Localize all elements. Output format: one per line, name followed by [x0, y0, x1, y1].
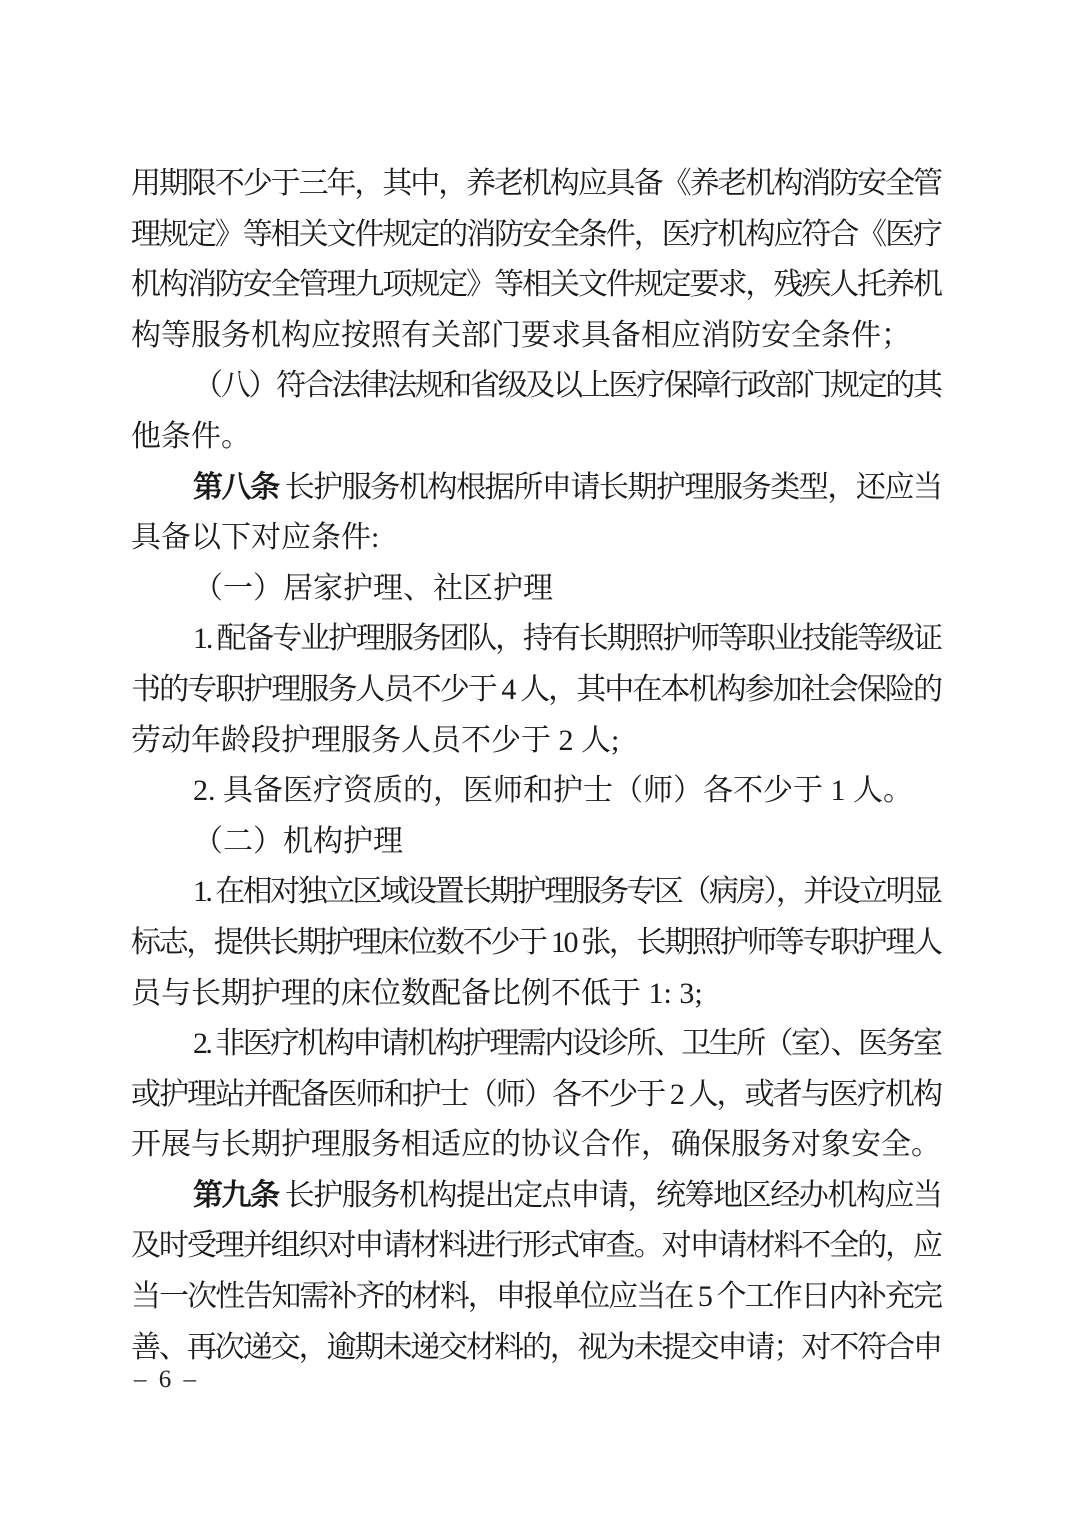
- text-line-content: （一）居家护理、社区护理: [193, 564, 553, 615]
- line-text: 员与长期护理的床位数配备比例不低于 1: 3;: [131, 977, 703, 1010]
- line-text: 理规定》等相关文件规定的消防安全条件，医疗机构应符合《医疗: [131, 218, 941, 251]
- text-line: 2. 具备医疗资质的，医师和护士（师）各不少于 1 人。: [131, 766, 943, 817]
- line-text: 标志，提供长期护理床位数不少于 10 张，长期照护师等专职护理人: [131, 926, 941, 959]
- text-line: 或护理站并配备医师和护士（师）各不少于 2 人，或者与医疗机构: [131, 1070, 943, 1121]
- text-line: 善、再次递交，逾期未递交材料的，视为未提交申请；对不符合申: [131, 1323, 943, 1374]
- text-line-content: 构等服务机构应按照有关部门要求具备相应消防安全条件；: [131, 311, 911, 362]
- text-line-content: 理规定》等相关文件规定的消防安全条件，医疗机构应符合《医疗: [131, 210, 941, 261]
- line-text: 构等服务机构应按照有关部门要求具备相应消防安全条件；: [131, 319, 911, 352]
- text-line: 1. 配备专业护理服务团队，持有长期照护师等职业技能等级证: [131, 614, 943, 665]
- text-line: 构等服务机构应按照有关部门要求具备相应消防安全条件；: [131, 311, 943, 362]
- text-line-content: 标志，提供长期护理床位数不少于 10 张，长期照护师等专职护理人: [131, 918, 941, 969]
- text-line-content: 劳动年龄段护理服务人员不少于 2 人;: [131, 716, 619, 767]
- text-line: （八）符合法律法规和省级及以上医疗保障行政部门规定的其: [131, 361, 943, 412]
- text-line: （一）居家护理、社区护理: [131, 564, 943, 615]
- text-line: 用期限不少于三年，其中，养老机构应具备《养老机构消防安全管: [131, 159, 943, 210]
- line-text: 开展与长期护理服务相适应的协议合作，确保服务对象安全。: [131, 1128, 941, 1161]
- line-text: 书的专职护理服务人员不少于 4 人，其中在本机构参加社会保险的: [131, 673, 941, 706]
- text-line: 员与长期护理的床位数配备比例不低于 1: 3;: [131, 969, 943, 1020]
- text-line-content: 及时受理并组织对申请材料进行形式审查。对申请材料不全的，应: [131, 1221, 941, 1272]
- line-text: 长护服务机构根据所申请长期护理服务类型，还应当: [279, 471, 942, 504]
- text-line-content: （二）机构护理: [193, 817, 403, 868]
- line-text: 或护理站并配备医师和护士（师）各不少于 2 人，或者与医疗机构: [131, 1078, 941, 1111]
- text-line-content: 第九条 长护服务机构提出定点申请，统筹地区经办机构应当: [193, 1171, 942, 1222]
- text-line-content: 他条件。: [131, 412, 251, 463]
- article-number: 第八条: [193, 471, 279, 504]
- line-text: 具备以下对应条件:: [131, 521, 379, 554]
- text-line: 2. 非医疗机构申请机构护理需内设诊所、卫生所（室）、医务室: [131, 1019, 943, 1070]
- line-text: 劳动年龄段护理服务人员不少于 2 人;: [131, 724, 619, 757]
- text-line-content: 第八条 长护服务机构根据所申请长期护理服务类型，还应当: [193, 463, 942, 514]
- text-line: 书的专职护理服务人员不少于 4 人，其中在本机构参加社会保险的: [131, 665, 943, 716]
- line-text: 及时受理并组织对申请材料进行形式审查。对申请材料不全的，应: [131, 1229, 941, 1262]
- text-line: 理规定》等相关文件规定的消防安全条件，医疗机构应符合《医疗: [131, 210, 943, 261]
- text-line-content: 善、再次递交，逾期未递交材料的，视为未提交申请；对不符合申: [131, 1323, 941, 1374]
- text-line: 具备以下对应条件:: [131, 513, 943, 564]
- text-line: 及时受理并组织对申请材料进行形式审查。对申请材料不全的，应: [131, 1221, 943, 1272]
- text-line-content: 2. 具备医疗资质的，医师和护士（师）各不少于 1 人。: [193, 766, 913, 817]
- text-line: 第八条 长护服务机构根据所申请长期护理服务类型，还应当: [131, 463, 943, 514]
- text-line-content: 机构消防安全管理九项规定》等相关文件规定要求，残疾人托养机: [131, 260, 941, 311]
- document-body: 用期限不少于三年，其中，养老机构应具备《养老机构消防安全管理规定》等相关文件规定…: [131, 159, 943, 1373]
- line-text: 2. 具备医疗资质的，医师和护士（师）各不少于 1 人。: [193, 774, 913, 807]
- text-line: 标志，提供长期护理床位数不少于 10 张，长期照护师等专职护理人: [131, 918, 943, 969]
- line-text: （一）居家护理、社区护理: [193, 572, 553, 605]
- page-number: – 6 –: [134, 1366, 199, 1393]
- text-line-content: 开展与长期护理服务相适应的协议合作，确保服务对象安全。: [131, 1120, 941, 1171]
- text-line-content: 或护理站并配备医师和护士（师）各不少于 2 人，或者与医疗机构: [131, 1070, 941, 1121]
- text-line: 机构消防安全管理九项规定》等相关文件规定要求，残疾人托养机: [131, 260, 943, 311]
- text-line-content: 1. 在相对独立区域设置长期护理服务专区（病房），并设立明显: [193, 867, 940, 918]
- line-text: 善、再次递交，逾期未递交材料的，视为未提交申请；对不符合申: [131, 1331, 941, 1364]
- line-text: （八）符合法律法规和省级及以上医疗保障行政部门规定的其: [193, 369, 941, 402]
- text-line: （二）机构护理: [131, 817, 943, 868]
- line-text: （二）机构护理: [193, 825, 403, 858]
- line-text: 当一次性告知需补齐的材料，申报单位应当在 5 个工作日内补充完: [131, 1280, 941, 1313]
- text-line-content: 用期限不少于三年，其中，养老机构应具备《养老机构消防安全管: [131, 159, 941, 210]
- text-line: 第九条 长护服务机构提出定点申请，统筹地区经办机构应当: [131, 1171, 943, 1222]
- text-line-content: 当一次性告知需补齐的材料，申报单位应当在 5 个工作日内补充完: [131, 1272, 941, 1323]
- text-line: 他条件。: [131, 412, 943, 463]
- text-line-content: 2. 非医疗机构申请机构护理需内设诊所、卫生所（室）、医务室: [193, 1019, 940, 1070]
- text-line: 当一次性告知需补齐的材料，申报单位应当在 5 个工作日内补充完: [131, 1272, 943, 1323]
- line-text: 他条件。: [131, 420, 251, 453]
- text-line: 1. 在相对独立区域设置长期护理服务专区（病房），并设立明显: [131, 867, 943, 918]
- text-line-content: 具备以下对应条件:: [131, 513, 379, 564]
- text-line-content: 员与长期护理的床位数配备比例不低于 1: 3;: [131, 969, 703, 1020]
- document-page: 用期限不少于三年，其中，养老机构应具备《养老机构消防安全管理规定》等相关文件规定…: [0, 0, 1074, 1520]
- text-line: 开展与长期护理服务相适应的协议合作，确保服务对象安全。: [131, 1120, 943, 1171]
- text-line-content: 书的专职护理服务人员不少于 4 人，其中在本机构参加社会保险的: [131, 665, 941, 716]
- page-footer: – 6 –: [134, 1366, 199, 1394]
- line-text: 1. 在相对独立区域设置长期护理服务专区（病房），并设立明显: [193, 875, 940, 908]
- line-text: 用期限不少于三年，其中，养老机构应具备《养老机构消防安全管: [131, 167, 941, 200]
- line-text: 1. 配备专业护理服务团队，持有长期照护师等职业技能等级证: [193, 622, 941, 655]
- text-line: 劳动年龄段护理服务人员不少于 2 人;: [131, 716, 943, 767]
- line-text: 机构消防安全管理九项规定》等相关文件规定要求，残疾人托养机: [131, 268, 941, 301]
- article-number: 第九条: [193, 1179, 279, 1212]
- line-text: 2. 非医疗机构申请机构护理需内设诊所、卫生所（室）、医务室: [193, 1027, 940, 1060]
- text-line-content: （八）符合法律法规和省级及以上医疗保障行政部门规定的其: [193, 361, 941, 412]
- text-line-content: 1. 配备专业护理服务团队，持有长期照护师等职业技能等级证: [193, 614, 941, 665]
- line-text: 长护服务机构提出定点申请，统筹地区经办机构应当: [279, 1179, 942, 1212]
